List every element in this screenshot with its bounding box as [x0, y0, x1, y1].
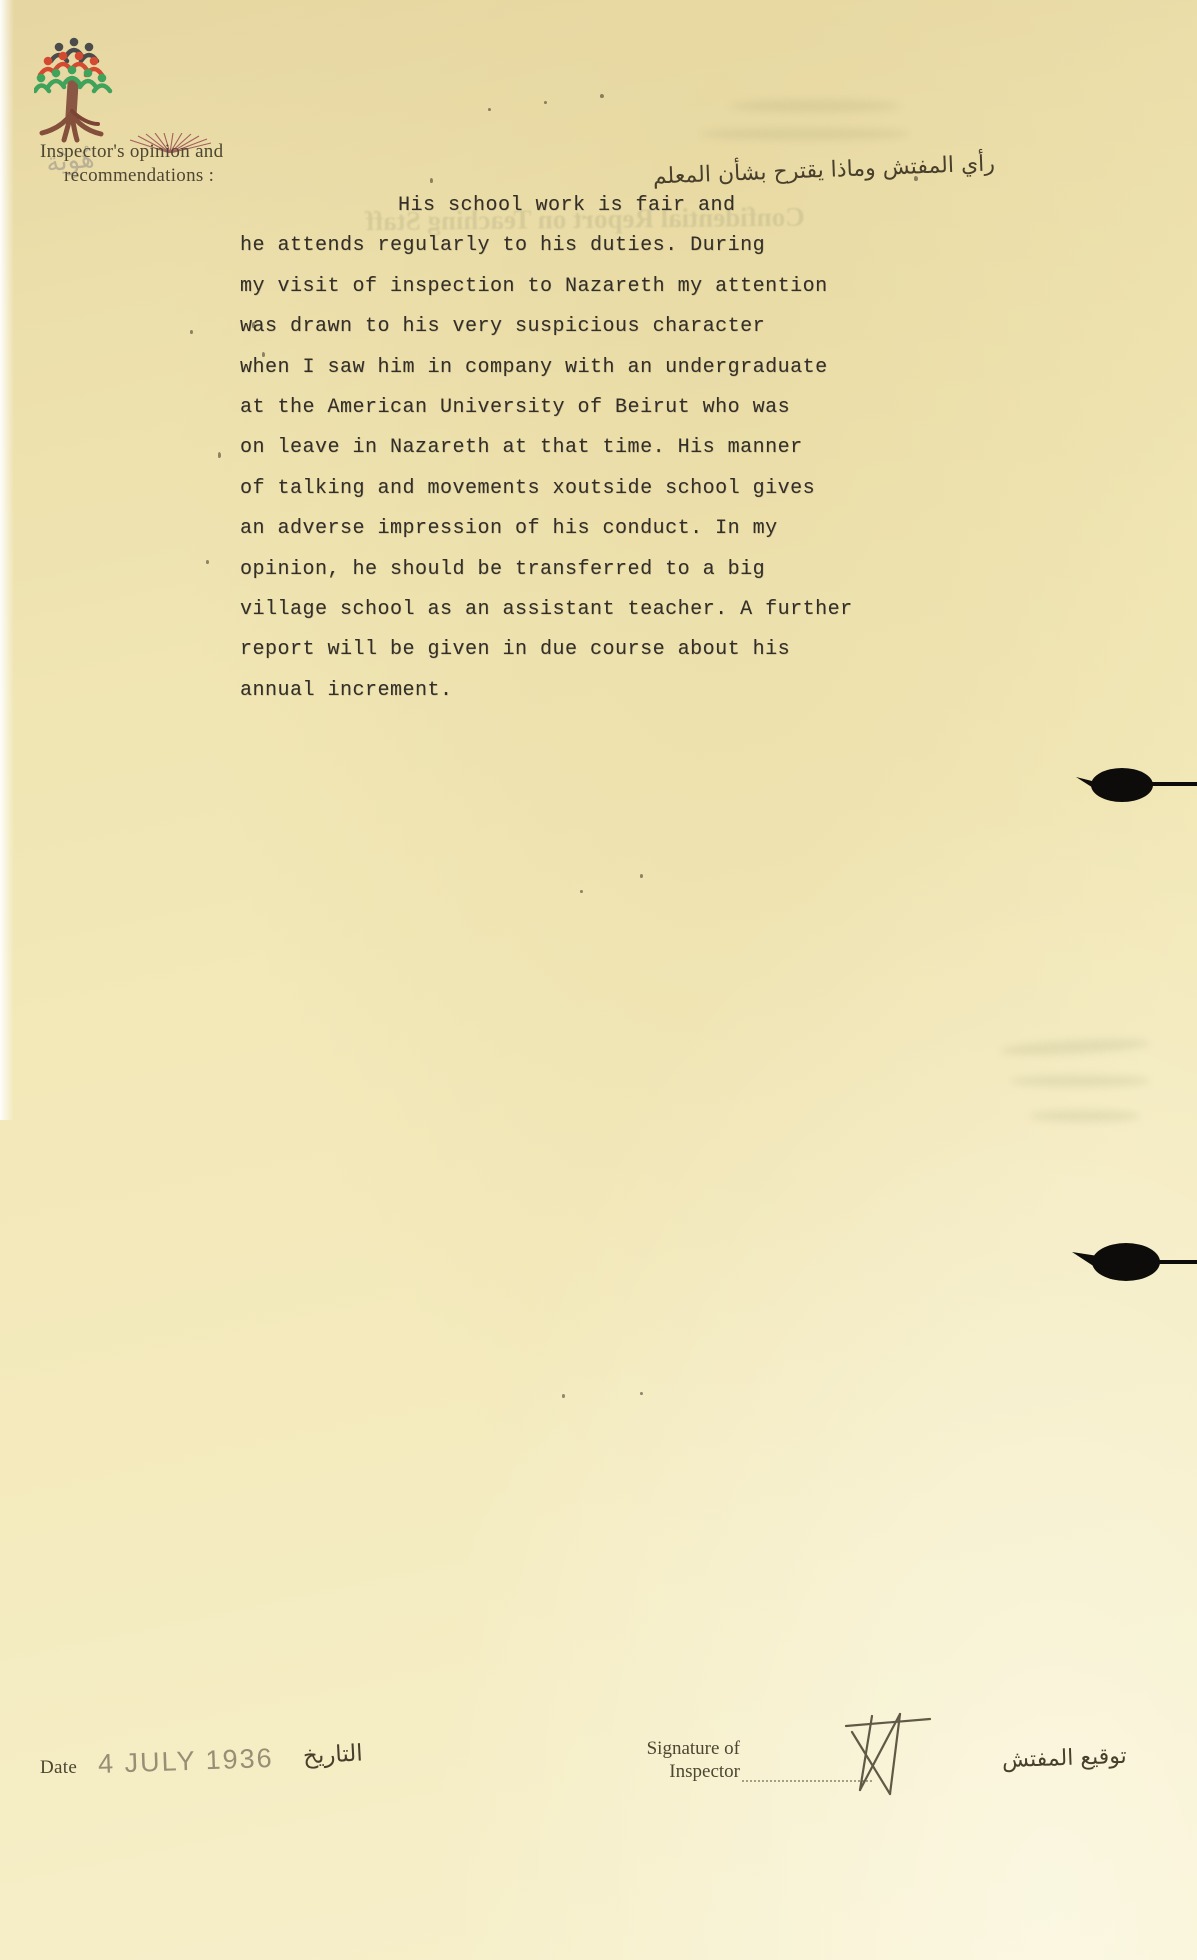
signature-label-line1: Signature of — [586, 1737, 740, 1760]
typed-line: was drawn to his very suspicious charact… — [240, 307, 960, 347]
speckle — [562, 1394, 565, 1398]
typed-line: report will be given in due course about… — [240, 630, 960, 670]
bleed-through-mark — [1000, 1036, 1151, 1058]
bleed-through-mark — [700, 128, 910, 140]
typed-line: annual increment. — [240, 671, 960, 711]
scan-edge-highlight — [0, 0, 14, 1120]
speckle — [580, 890, 583, 893]
signature-of-inspector-label: Signature of Inspector — [586, 1737, 740, 1783]
typed-line: when I saw him in company with an underg… — [240, 348, 960, 388]
speckle — [252, 322, 255, 328]
typed-line: an adverse impression of his conduct. In… — [240, 509, 960, 549]
speckle — [640, 874, 643, 878]
ink-blob — [1076, 760, 1197, 810]
ink-blob — [1072, 1236, 1197, 1288]
people-tree-logo — [34, 36, 114, 148]
inspector-opinion-label-line2: recommendations : — [64, 165, 214, 187]
typed-line: His school work is fair and — [240, 186, 960, 226]
speckle — [190, 330, 193, 334]
typed-line: opinion, he should be transferred to a b… — [240, 550, 960, 590]
typed-report-text: His school work is fair and he attends r… — [240, 186, 960, 711]
typed-line: at the American University of Beirut who… — [240, 388, 960, 428]
date-label: Date — [40, 1757, 77, 1779]
speckle — [262, 352, 265, 357]
signature-label-arabic: توقيع المفتش — [1002, 1744, 1127, 1773]
speckle — [640, 1392, 643, 1395]
typed-line: my visit of inspection to Nazareth my at… — [240, 267, 960, 307]
speckle — [914, 176, 918, 181]
speckle — [600, 94, 604, 98]
speckle — [488, 108, 491, 111]
bleed-through-mark — [730, 100, 900, 112]
speckle — [206, 560, 209, 564]
date-label-arabic: التاريخ — [302, 1740, 363, 1769]
scanned-document-page: هُوِيّة Inspector's opinion and recommen… — [0, 0, 1197, 1960]
typed-line: he attends regularly to his duties. Duri… — [240, 226, 960, 266]
typed-line: on leave in Nazareth at that time. His m… — [240, 428, 960, 468]
bleed-through-mark — [1010, 1075, 1150, 1087]
date-stamp: 4 JULY 1936 — [98, 1743, 275, 1780]
typed-line: of talking and movements xoutside school… — [240, 469, 960, 509]
typed-line: village school as an assistant teacher. … — [240, 590, 960, 630]
speckle — [430, 178, 433, 183]
speckle — [218, 452, 221, 458]
bleed-through-mark — [1030, 1110, 1140, 1122]
inspector-opinion-label-line1: Inspector's opinion and — [40, 141, 223, 163]
inspector-opinion-label-arabic: رأي المفتش وماذا يقترح بشأن المعلم — [650, 151, 996, 189]
signature-label-line2: Inspector — [586, 1760, 740, 1783]
speckle — [544, 101, 547, 104]
inspector-signature-mark — [838, 1710, 938, 1798]
